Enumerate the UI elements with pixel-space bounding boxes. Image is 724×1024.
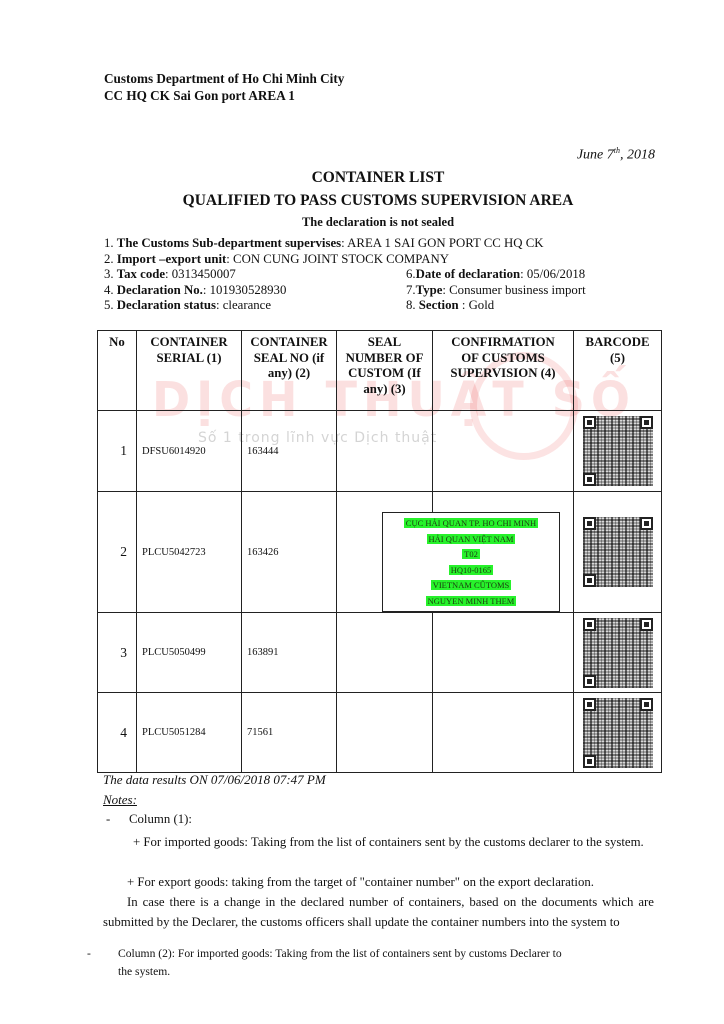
header-container-seal: CONTAINER SEAL NO (if any) (2) [242,331,337,411]
note-change-case-cont: submitted by the Declarer, the customs o… [103,912,654,932]
info-item-type: 7.Type: Consumer business import [406,283,586,299]
customs-supervision-stamp: CỤC HẢI QUAN TP. HO CHI MINH HẢI QUAN VI… [382,512,560,612]
data-result-timestamp: The data results ON 07/06/2018 07:47 PM [103,772,326,788]
cell-container-seal: 163444 [242,411,337,492]
info-item-declaration-date: 6.Date of declaration: 05/06/2018 [406,267,586,283]
header-barcode: BARCODE (5) [574,331,662,411]
cell-custom-seal [337,613,433,693]
cell-container-seal: 163891 [242,613,337,693]
issuing-office: Customs Department of Ho Chi Minh City C… [104,70,344,104]
note-export-goods: + For export goods: taking from the targ… [103,872,654,892]
notes-heading: Notes: [103,792,137,808]
declaration-info-right: 6.Date of declaration: 05/06/2018 7.Type… [406,267,586,314]
header-confirmation: CONFIRMATION OF CUSTOMS SUPERVISION (4) [433,331,574,411]
date-suffix: , 2018 [620,148,655,163]
cell-barcode [574,693,662,773]
stamp-line: NGUYEN MINH THEM [426,596,517,606]
table-row: 2PLCU5042723163426 [98,492,662,613]
cell-confirmation [433,411,574,492]
org-line-2: CC HQ CK Sai Gon port AREA 1 [104,87,344,104]
table-row: 3PLCU5050499163891 [98,613,662,693]
header-container-serial: CONTAINER SERIAL (1) [137,331,242,411]
container-table: No CONTAINER SERIAL (1) CONTAINER SEAL N… [97,330,662,773]
qr-code-icon [583,416,653,486]
qr-code-icon [583,618,653,688]
table-header-row: No CONTAINER SERIAL (1) CONTAINER SEAL N… [98,331,662,411]
stamp-line: T02 [462,549,480,559]
cell-confirmation [433,693,574,773]
document-date: June 7th, 2018 [577,146,655,164]
cell-container-serial: PLCU5042723 [137,492,242,613]
cell-container-seal: 71561 [242,693,337,773]
cell-no: 2 [98,492,137,613]
document-subtitle: QUALIFIED TO PASS CUSTOMS SUPERVISION AR… [0,192,724,210]
cell-custom-seal [337,411,433,492]
note-import-goods: + For imported goods: Taking from the li… [103,832,654,852]
cell-container-serial: DFSU6014920 [137,411,242,492]
cell-container-seal: 163426 [242,492,337,613]
stamp-line: VIETNAM CÛTOMS [431,580,512,590]
qr-code-icon [583,517,653,587]
cell-container-serial: PLCU5050499 [137,613,242,693]
stamp-line: HẢI QUAN VIỆT NAM [427,534,516,544]
org-line-1: Customs Department of Ho Chi Minh City [104,70,344,87]
cell-barcode [574,411,662,492]
document-title: CONTAINER LIST [0,169,724,187]
cell-barcode [574,492,662,613]
cell-custom-seal [337,693,433,773]
info-item-section: 8. Section : Gold [406,298,586,314]
header-custom-seal: SEAL NUMBER OF CUSTOM (If any) (3) [337,331,433,411]
stamp-line: CỤC HẢI QUAN TP. HO CHI MINH [404,518,538,528]
info-item-supervisor: 1. The Customs Sub-department supervises… [104,236,543,252]
note-column-1-title: -Column (1): [106,812,192,827]
qr-code-icon [583,698,653,768]
date-prefix: June 7 [577,148,614,163]
cell-no: 3 [98,613,137,693]
table-row: 4PLCU505128471561 [98,693,662,773]
note-column-2: -Column (2): For imported goods: Taking … [87,945,562,981]
note-change-case: In case there is a change in the declare… [103,892,654,912]
cell-no: 1 [98,411,137,492]
cell-container-serial: PLCU5051284 [137,693,242,773]
info-item-unit: 2. Import –export unit: CON CUNG JOINT S… [104,252,543,268]
cell-barcode [574,613,662,693]
cell-confirmation [433,613,574,693]
table-row: 1DFSU6014920163444 [98,411,662,492]
header-no: No [98,331,137,411]
cell-no: 4 [98,693,137,773]
seal-status-note: The declaration is not sealed [0,215,724,230]
stamp-line: HQ10-0165 [449,565,494,575]
